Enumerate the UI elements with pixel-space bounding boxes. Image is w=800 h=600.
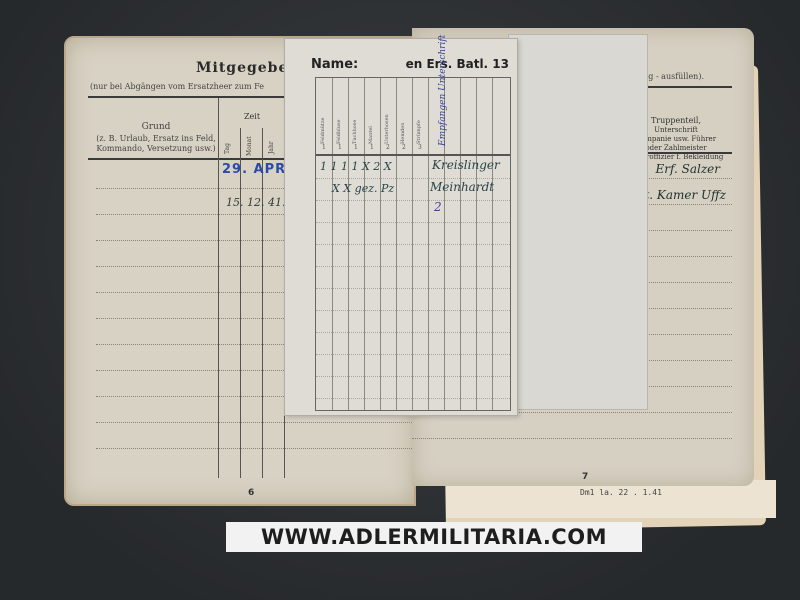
grid-row [316, 200, 510, 201]
slip-name-label: Name: [311, 57, 358, 72]
col-qty: 1 [370, 144, 374, 151]
grid-row [316, 310, 510, 311]
zeit-label: Zeit [244, 112, 260, 121]
grid-row [316, 332, 510, 333]
col-qty: 1 [338, 144, 342, 151]
page-number-left: 6 [248, 488, 254, 498]
grid-row [316, 398, 510, 399]
vertical-receipt-stamp: Empfangen Unterschrift [438, 35, 448, 146]
col-label: Unterhosen [384, 114, 390, 144]
truppenteil-line: Unterschrift [654, 126, 698, 134]
zeit-monat: Monat [246, 136, 253, 156]
grid-row [316, 244, 510, 245]
ruled-line [96, 448, 414, 449]
col-qty: 2 [386, 144, 390, 151]
blank-slip [508, 34, 648, 410]
zeit-jahr: Jahr [268, 141, 275, 154]
slip-header-rule [316, 154, 510, 156]
grid-row [316, 288, 510, 289]
row1-marks: 1 1 1 1 X 2 X [320, 160, 392, 173]
grund-hint: (z. B. Urlaub, Ersatz ins Feld, Kommando… [96, 134, 216, 153]
col-label: Tuchhose [352, 120, 358, 144]
grund-label: Grund [96, 122, 216, 132]
truppenteil-line: oder Zahlmeister [645, 144, 706, 152]
slip-unit-label: en Ers. Batl. 13 [406, 57, 509, 71]
signature: Kreislinger [432, 158, 500, 172]
handwriting-line-1: Erf. Salzer [655, 162, 720, 176]
col-label: Feldmütze [320, 117, 326, 144]
lower-page-partial-text: Dm1 la. 22 . 1.41 [580, 488, 662, 497]
slip-grid: Feldmütze Feldbluse Tuchhose Mantel Unte… [315, 77, 511, 411]
column-divider [262, 128, 263, 478]
grid-row [316, 354, 510, 355]
handwritten-date: 15. 12. 41. [226, 196, 285, 209]
left-page-subtitle: (nur bei Abgängen vom Ersatzheer zum Fe [90, 82, 264, 91]
col-label: Strümpfe [416, 120, 422, 144]
watermark-banner: WWW.ADLERMILITARIA.COM [226, 522, 642, 552]
col-qty: 1 [322, 144, 326, 151]
grid-row [316, 376, 510, 377]
column-divider [240, 128, 241, 478]
zeit-tag: Tag [224, 143, 231, 154]
page-number-right: 7 [582, 472, 588, 482]
clothing-slip: Name: en Ers. Batl. 13 Feldmütze Feldblu… [284, 38, 518, 416]
grid-row [316, 178, 510, 179]
col-label: Hemden [400, 123, 406, 144]
col-qty: 3 [418, 144, 422, 151]
signature-2: Meinhardt [430, 180, 494, 194]
col-label: Feldbluse [336, 120, 342, 145]
signature-3: 2 [434, 200, 442, 214]
column-divider [218, 98, 219, 478]
ruled-line [412, 438, 732, 439]
grid-row [316, 222, 510, 223]
handwriting-line-2: St. Kamer Uffz [636, 188, 726, 202]
grid-row [316, 266, 510, 267]
col-qty: 2 [402, 144, 406, 151]
watermark-text: WWW.ADLERMILITARIA.COM [261, 525, 607, 549]
row2-marks: X X gez. Pz [332, 182, 394, 195]
col-qty: 1 [354, 144, 358, 151]
col-label: Mantel [368, 126, 374, 144]
grund-header: Grund (z. B. Urlaub, Ersatz ins Feld, Ko… [96, 122, 216, 154]
ruled-line [96, 422, 414, 423]
truppenteil-label: Truppenteil, [651, 116, 701, 125]
